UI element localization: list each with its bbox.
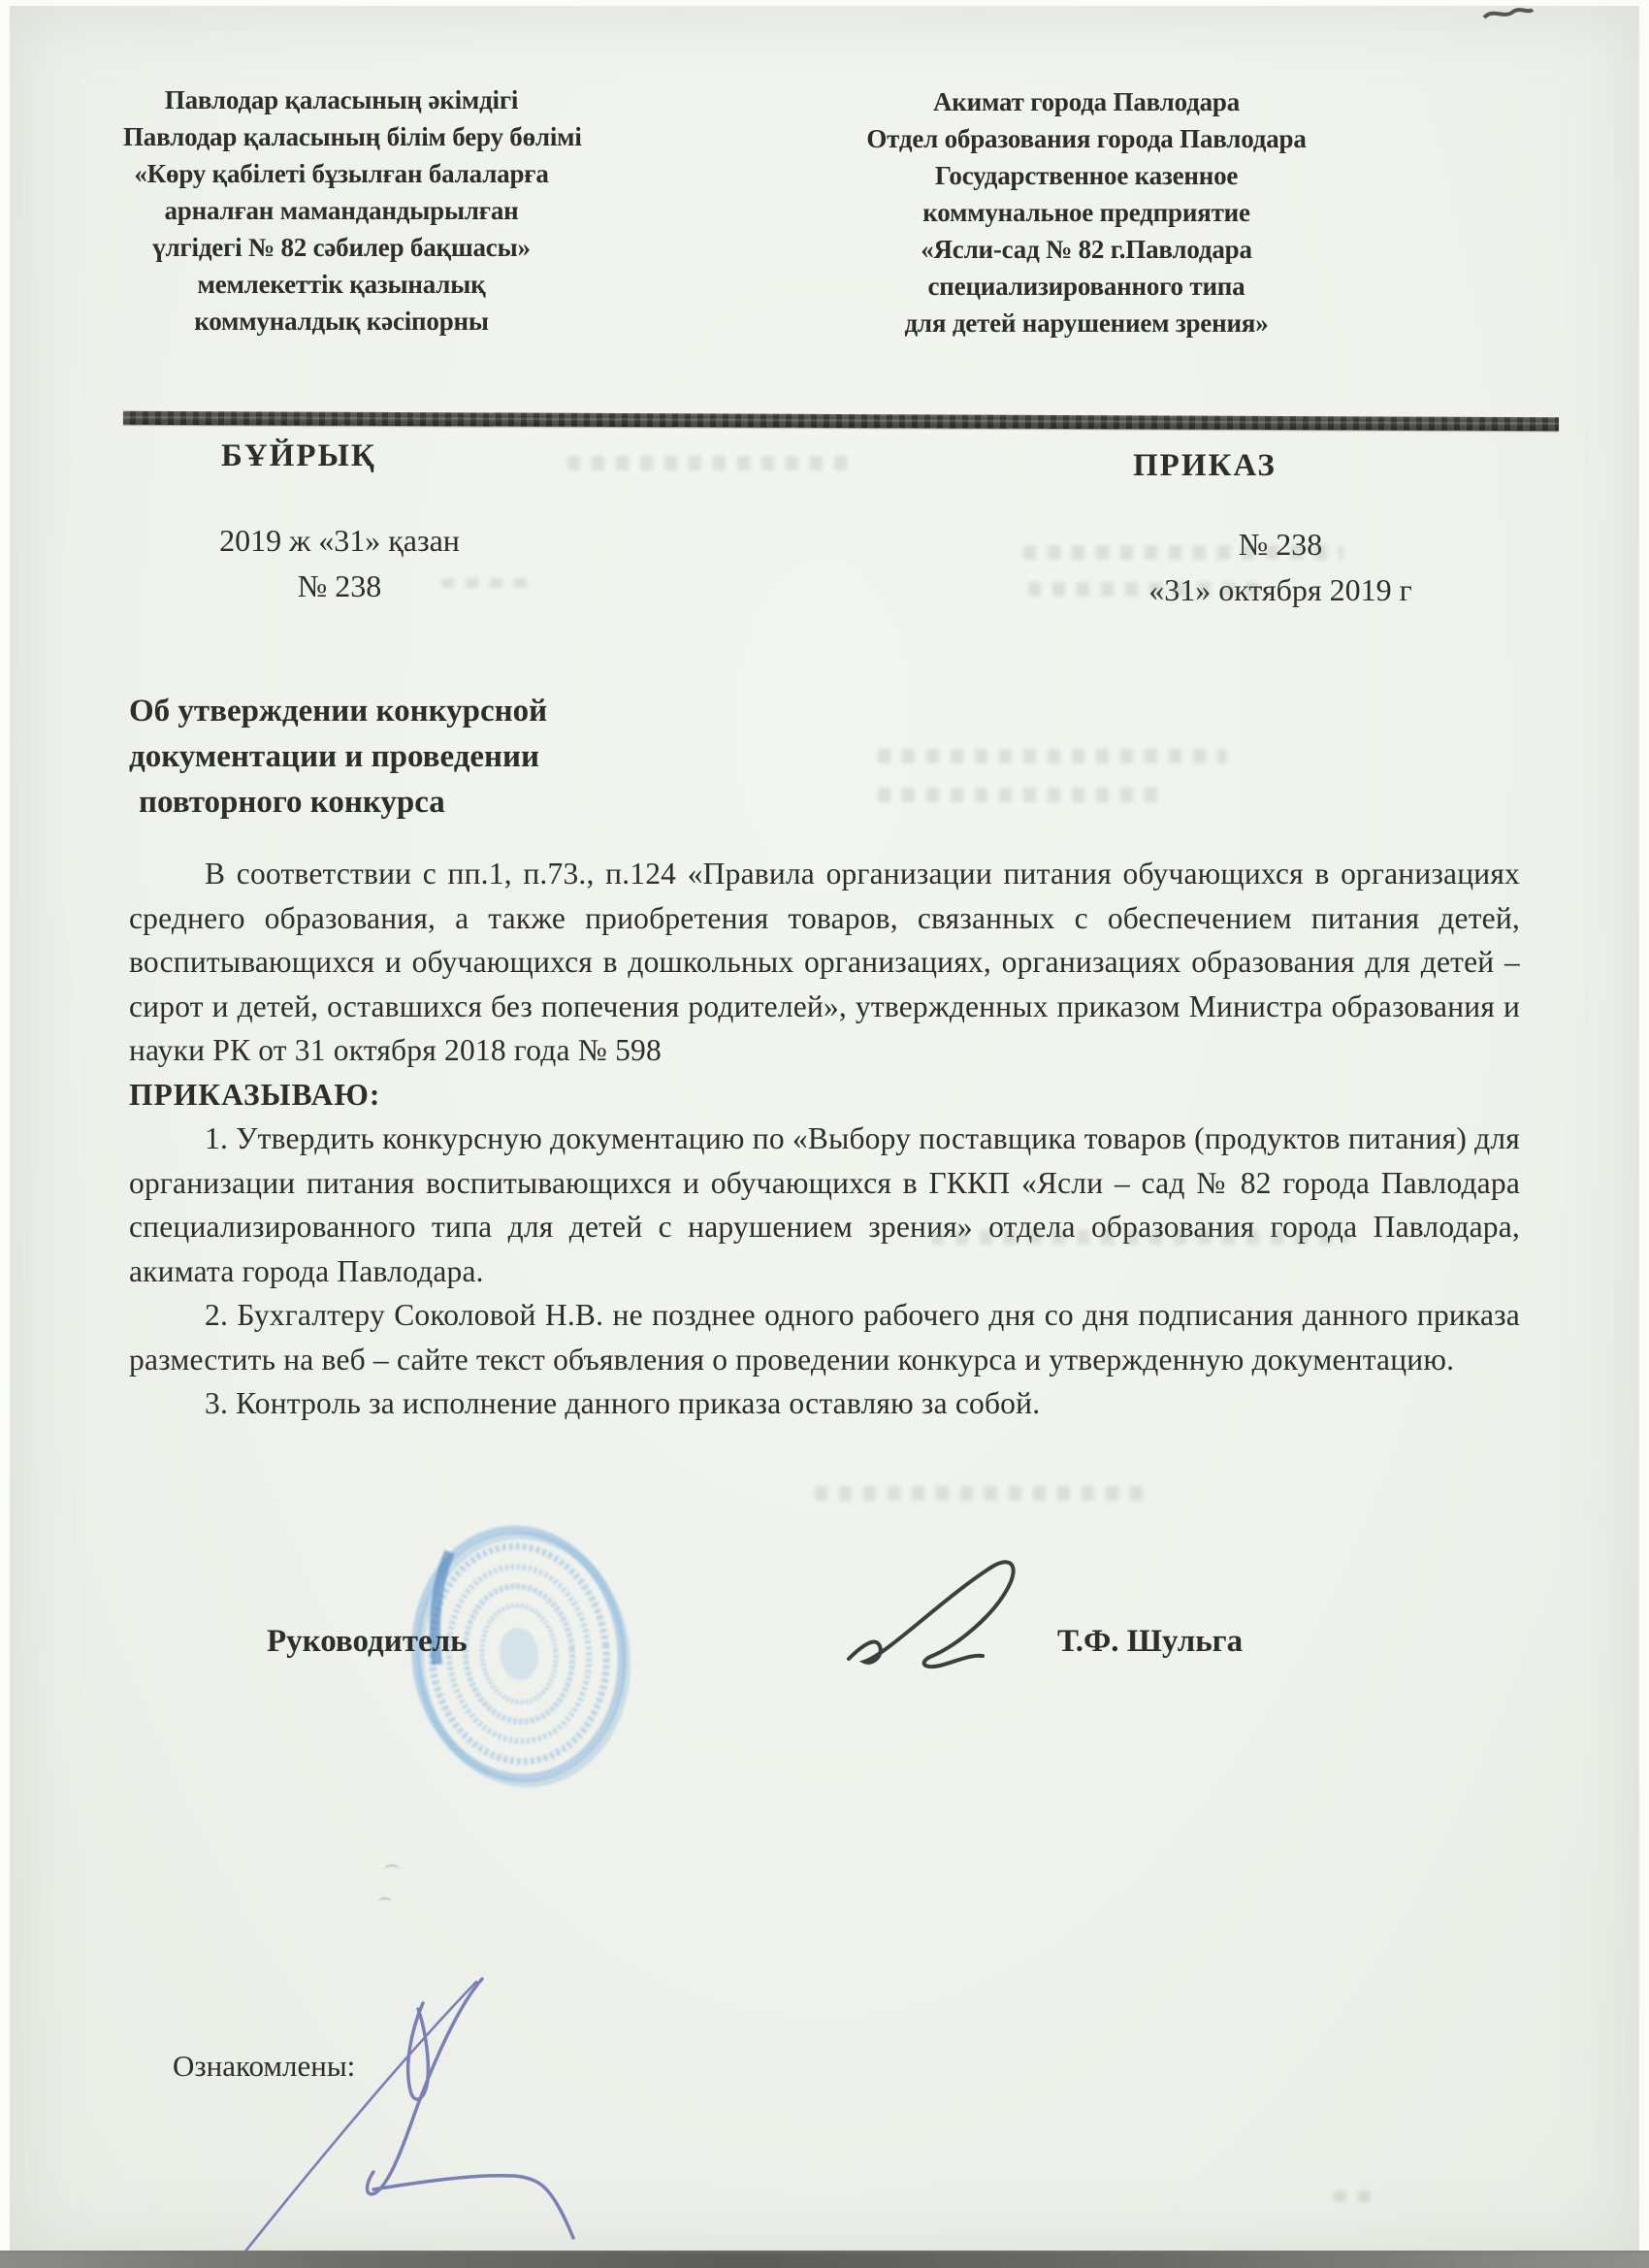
org-line: Павлодар қаласының білім беру бөлімі [123,118,560,155]
scanned-order-document: { "document": { "header": { "left_org_li… [0,0,1649,2268]
order-item-2: 2. Бухгалтеру Соколовой Н.В. не позднее … [129,1293,1520,1381]
bleed-through-artifact [931,1230,1348,1245]
org-line: специализированного типа [810,268,1363,305]
title-line: Об утверждении конкурсной [129,689,547,734]
scan-bottom-band [0,2251,1649,2268]
director-signature [829,1528,1052,1683]
org-line: Государственное казенное [810,157,1363,194]
scan-corner-artifact [1479,0,1537,29]
order-heading-kk: БҰЙРЫҚ [221,438,376,474]
title-line: повторного конкурса [129,780,547,826]
pen-speck-artifact [384,1864,400,1876]
org-line: коммуналдық кәсіпорны [123,303,560,340]
org-name-kazakh: Павлодар қаласының әкімдігі Павлодар қал… [123,81,560,340]
org-line: для детей нарушением зрения» [810,305,1363,341]
order-meta-kk: 2019 ж «31» қазан № 238 [131,518,548,609]
org-line: арналған мамандандырылған [123,192,560,229]
org-line: «Ясли-сад № 82 г.Павлодара [810,231,1363,268]
bleed-through-artifact [878,749,1227,763]
order-date-kk: 2019 ж «31» қазан [131,518,548,564]
acknowledgement-signature [218,1955,606,2265]
org-line: үлгідегі № 82 сәбилер бақшасы» [123,229,560,266]
order-heading-ru: ПРИКАЗ [1133,448,1277,484]
org-line: коммунальное предприятие [810,194,1363,231]
document-title: Об утверждении конкурсной документации и… [129,689,547,826]
bleed-through-artifact [1028,582,1261,597]
title-line: документации и проведении [129,734,547,780]
bleed-through-artifact [567,456,858,470]
org-line: Отдел образования города Павлодара [810,120,1363,157]
org-line: «Көру қабілеті бұзылған балаларға [123,155,560,192]
resolution-word: ПРИКАЗЫВАЮ: [129,1073,1520,1118]
order-item-3: 3. Контроль за исполнение данного приказ… [129,1381,1520,1426]
org-name-russian: Акимат города Павлодара Отдел образовани… [810,83,1363,341]
bleed-through-artifact [1334,2190,1373,2202]
signer-name: Т.Ф. Шульга [1057,1624,1243,1660]
bleed-through-artifact [878,788,1169,802]
org-line: Павлодар қаласының әкімдігі [123,81,560,118]
order-meta-ru: № 238 «31» октября 2019 г [1052,522,1508,613]
intro-paragraph: В соответствии с пп.1, п.73., п.124 «Пра… [129,852,1520,1073]
signer-role-label: Руководитель [267,1624,468,1660]
org-line: Акимат города Павлодара [810,83,1363,120]
bleed-through-artifact [1023,545,1343,560]
pen-speck-artifact [378,1897,392,1908]
order-item-1: 1. Утвердить конкурсную документацию по … [129,1117,1520,1293]
bleed-through-artifact [441,578,529,588]
order-body: В соответствии с пп.1, п.73., п.124 «Пра… [129,852,1520,1426]
bleed-through-artifact [815,1486,1145,1501]
org-line: мемлекеттік қазыналық [123,266,560,303]
